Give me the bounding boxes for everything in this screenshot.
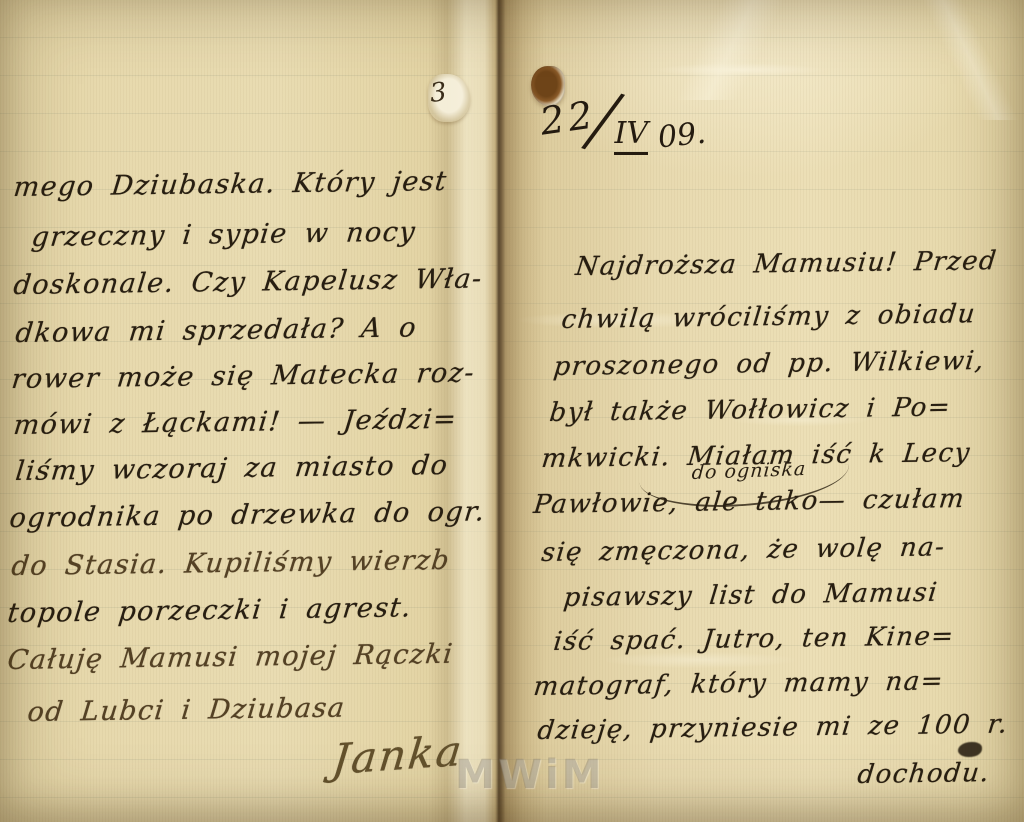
handwriting-line: liśmy wczoraj za miasto do [14,450,450,487]
letter-date: 22/IV09. [540,96,706,143]
handwriting-line: mego Dziubaska. Który jest [12,166,449,203]
date-month: IV [614,116,648,155]
handwriting-line: był także Wołłowicz i Po= [548,392,953,428]
handwriting-line: topole porzeczki i agrest. [6,592,414,629]
insertion-note: do ogniska [691,458,807,484]
handwriting-line: Pawłowie, ale tako— czułam [532,484,967,520]
handwriting-line: doskonale. Czy Kapelusz Wła- [12,263,484,301]
handwriting-line: pisawszy list do Mamusi [562,578,940,613]
handwriting-line: iść spać. Jutro, ten Kine= [552,621,956,657]
signature: Janka [330,726,466,784]
handwriting-line: od Lubci i Dziubasa [26,693,347,728]
handwriting-line: dkowa mi sprzedała? A o [14,312,419,349]
handwriting-line: Najdroższa Mamusiu! Przed [574,246,999,282]
handwriting-line: matograf, który mamy na= [532,666,946,702]
handwriting-line: rower może się Matecka roz- [10,358,477,395]
handwriting-line: się zmęczona, że wolę na- [540,532,947,568]
handwriting-line: proszonego od pp. Wilkiewi, [552,346,986,382]
handwriting-line: mówi z Łąckami! — Jeździ= [12,404,459,441]
handwriting-line: do Stasia. Kupiliśmy wierzb [10,545,452,582]
page-number: 3 [428,77,448,109]
handwriting-line: grzeczny i sypie w nocy [30,217,418,253]
handwriting-line: Całuję Mamusi mojej Rączki [6,639,455,676]
letter-scan: 3 mego Dziubaska. Który jest grzeczny i … [0,0,1024,822]
handwriting-line: dochodu. [856,758,992,790]
handwriting-line: chwilą wróciliśmy z obiadu [560,299,978,335]
date-year: 09. [656,116,707,156]
